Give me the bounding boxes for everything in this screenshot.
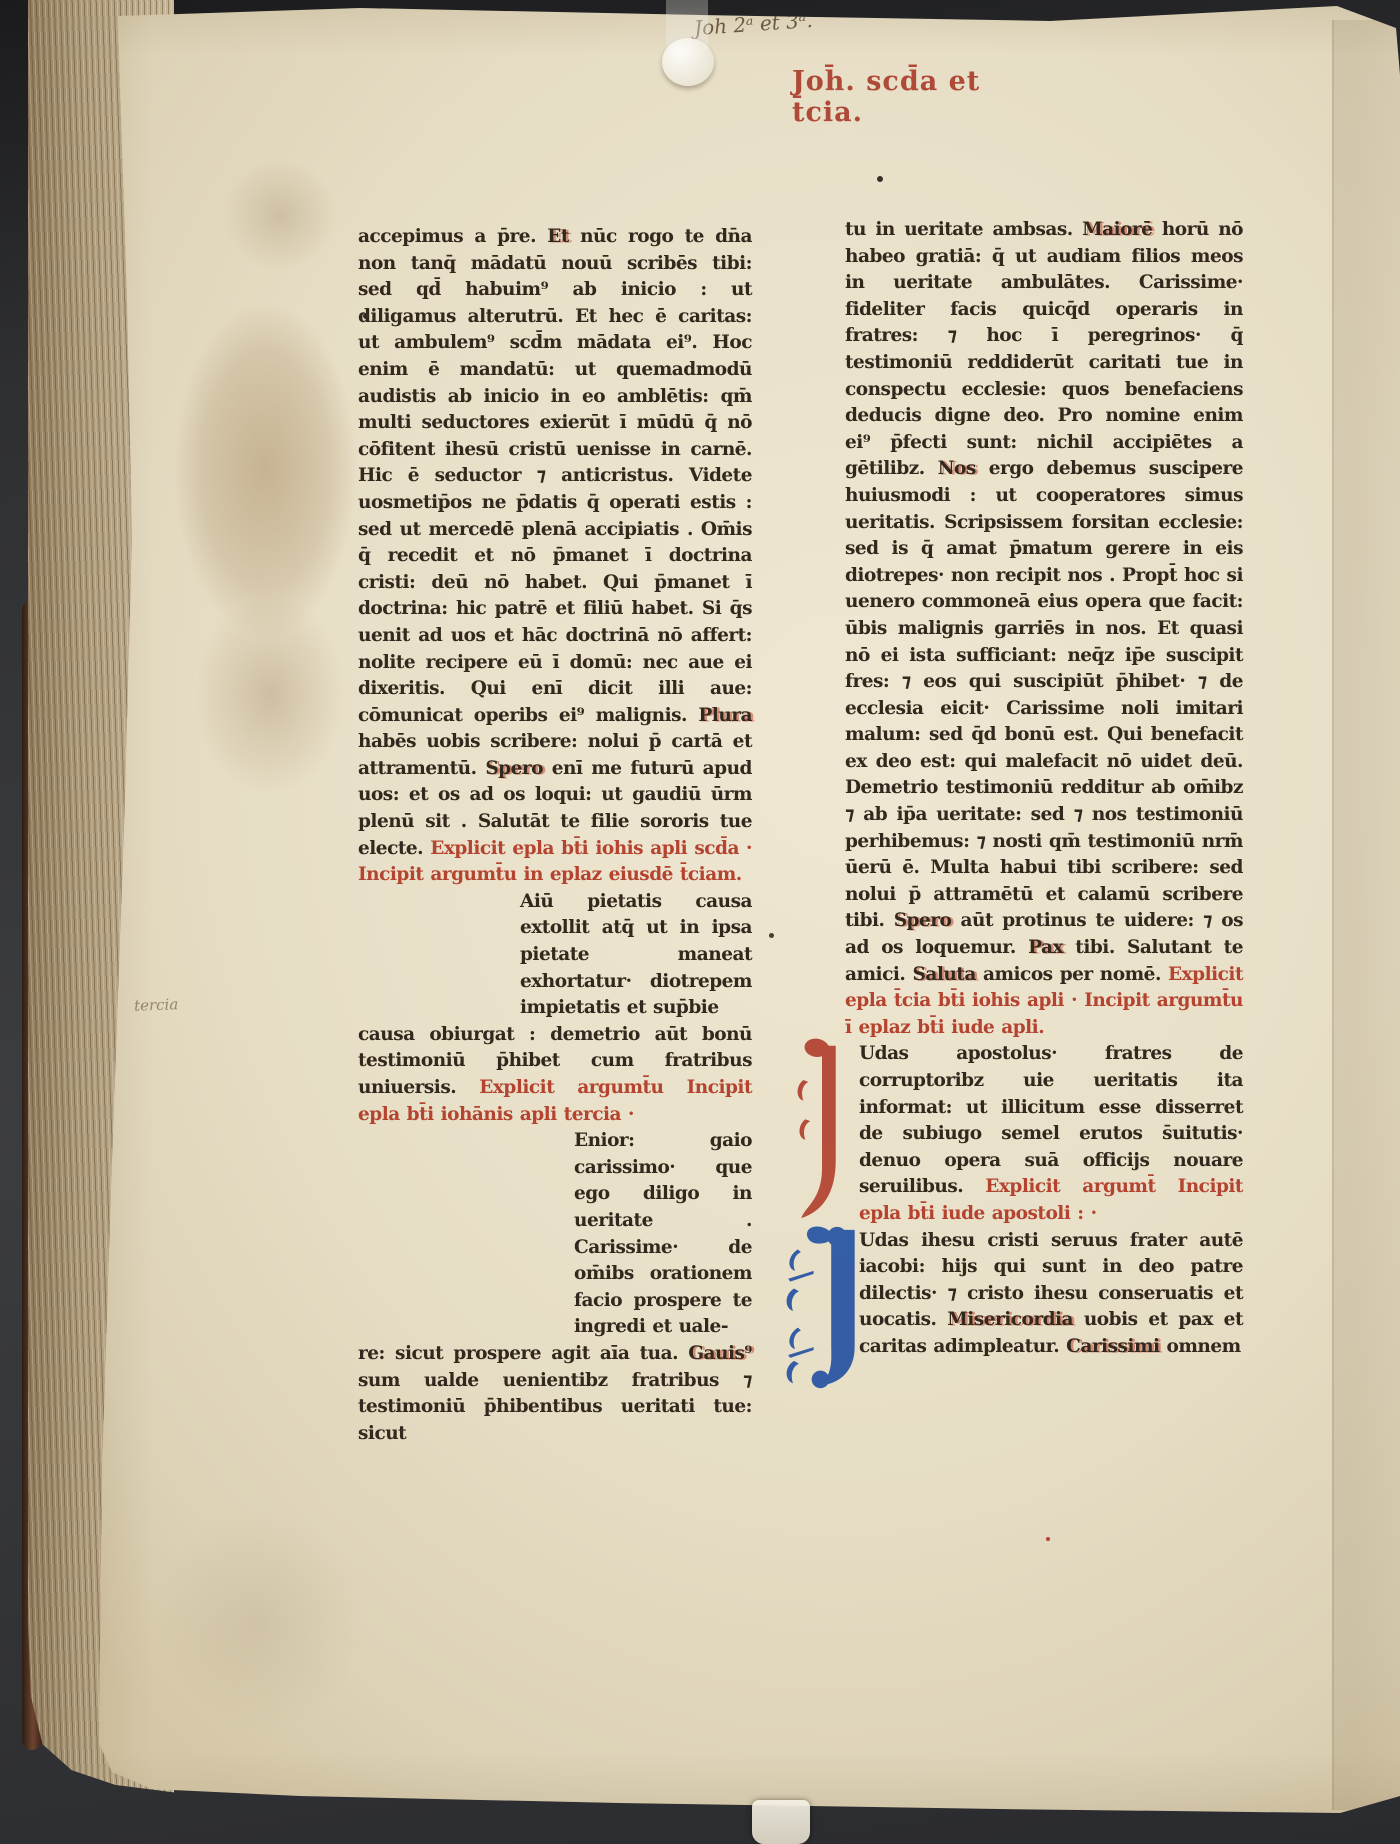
body-text: Enior: gaio carissimo· que ego diligo in… bbox=[574, 1130, 752, 1337]
body-text: Aiū pietatis causa extollit atq̄ ut in i… bbox=[520, 891, 752, 1018]
body-text: Udas apostolus· fratres de corruptoribz … bbox=[859, 1043, 1243, 1197]
body-text: Spero bbox=[894, 910, 952, 931]
text-block: Udas apostolus· fratres de corruptoribz … bbox=[845, 1041, 1243, 1227]
body-text: Spero bbox=[485, 758, 543, 779]
illuminated-initial-J-blue bbox=[785, 1222, 895, 1398]
text-block: causa obiurgat : demetrio aūt bonū testi… bbox=[358, 1022, 752, 1128]
body-text: Pax bbox=[1028, 937, 1063, 958]
body-text: Plura bbox=[698, 705, 752, 726]
body-text: accepimus a p̄re. bbox=[358, 226, 547, 247]
body-text: Et bbox=[547, 226, 569, 247]
vellum-tab-top-clip bbox=[662, 38, 714, 86]
text-block: re: sicut prospere agit aīa tua. Gauis⁹ … bbox=[358, 1341, 752, 1447]
body-text: horū nō habeo gratiā: q̄ ut audiam filio… bbox=[845, 219, 1243, 479]
photo-scene: Joh 2ᵃ et 3ᵃ. Joh̄. scd̄a et t̄cia. terc… bbox=[0, 0, 1400, 1844]
body-text: nūc rogo te dn̄a non tanq̄ mādatū nouū s… bbox=[358, 226, 752, 726]
page-fold-line bbox=[1332, 20, 1400, 1810]
body-text: tu in ueritate ambsas. bbox=[845, 219, 1082, 240]
text-column-left: accepimus a p̄re. Et nūc rogo te dn̄a no… bbox=[358, 224, 752, 1447]
ink-speck bbox=[769, 933, 774, 938]
body-text: amicos per nomē. bbox=[976, 964, 1168, 985]
body-text: Misericordia bbox=[947, 1309, 1073, 1330]
manuscript-page: Joh 2ᵃ et 3ᵃ. Joh̄. scd̄a et t̄cia. terc… bbox=[0, 0, 1400, 1844]
body-text: omnem bbox=[1160, 1336, 1241, 1357]
running-head: Joh̄. scd̄a et t̄cia. bbox=[792, 66, 1052, 128]
text-block: Enior: gaio carissimo· que ego diligo in… bbox=[574, 1128, 752, 1341]
body-text: re: sicut prospere agit aīa tua. bbox=[358, 1343, 688, 1364]
illuminated-initial-J-red bbox=[793, 1035, 853, 1221]
parchment-stain bbox=[148, 255, 383, 685]
text-column-right: tu in ueritate ambsas. Maiorē horū nō ha… bbox=[845, 217, 1243, 1361]
text-block: Aiū pietatis causa extollit atq̄ ut in i… bbox=[520, 889, 752, 1022]
text-block: accepimus a p̄re. Et nūc rogo te dn̄a no… bbox=[358, 224, 752, 889]
ink-speck bbox=[877, 176, 883, 182]
parchment-stain bbox=[120, 1470, 400, 1770]
ink-speck bbox=[363, 313, 369, 319]
body-text: Nos bbox=[938, 458, 976, 479]
margin-note: tercia bbox=[134, 995, 179, 1015]
text-block: Udas ihesu cristi seruus frater autē iac… bbox=[845, 1228, 1243, 1361]
text-block: tu in ueritate ambsas. Maiorē horū nō ha… bbox=[845, 217, 1243, 1041]
body-text: ergo debemus suscipere huiusmodi : ut co… bbox=[845, 458, 1243, 931]
body-text: Maiorē bbox=[1082, 219, 1152, 240]
parchment-stain bbox=[170, 560, 370, 830]
parchment-stain bbox=[205, 140, 355, 290]
body-text: Carissimi bbox=[1066, 1336, 1159, 1357]
ink-speck bbox=[1046, 1537, 1050, 1541]
body-text: Gauis⁹ bbox=[688, 1343, 752, 1364]
body-text: Saluta bbox=[912, 964, 975, 985]
body-text: sum ualde uenientibz fratribus ⁊ testimo… bbox=[358, 1370, 752, 1444]
vellum-tab-bottom bbox=[752, 1800, 810, 1844]
